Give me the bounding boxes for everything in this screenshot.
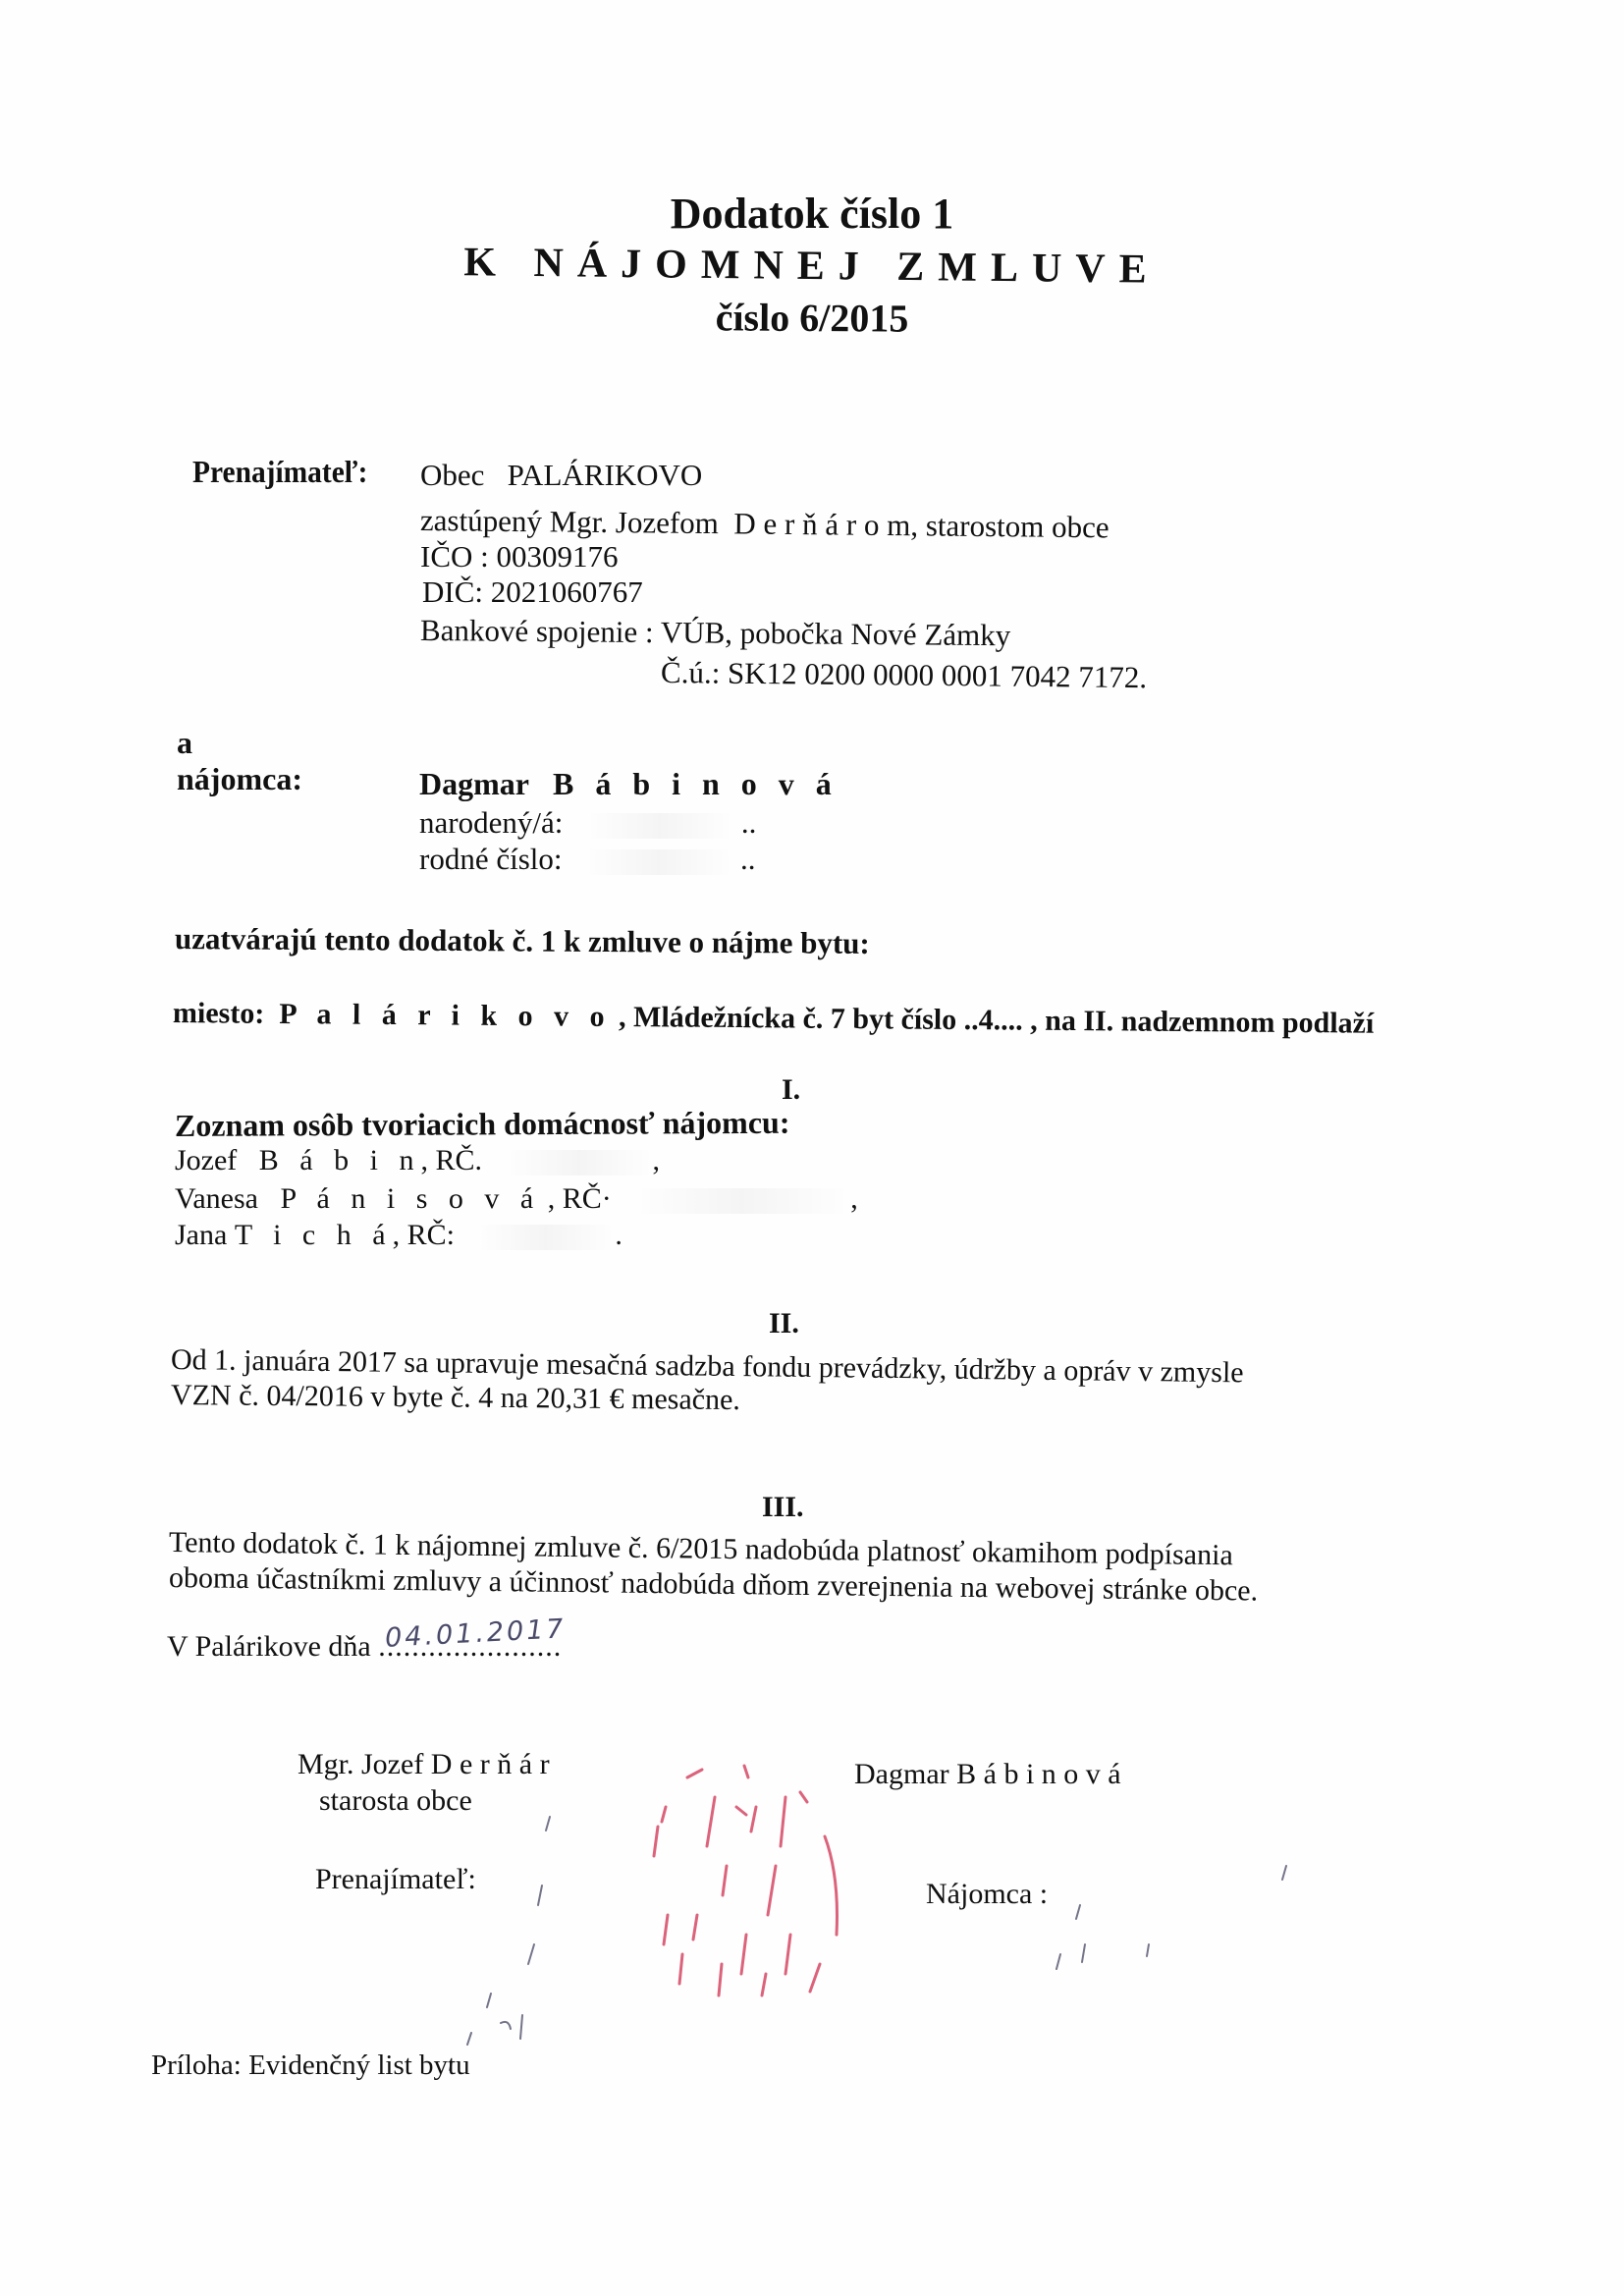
- landlord-name-line: Obec PALÁRIKOVO: [420, 458, 702, 493]
- attachment-note: Príloha: Evidenčný list bytu: [151, 2050, 470, 2082]
- tenant-signature-icon: [1041, 1846, 1316, 1994]
- document-page: Dodatok číslo 1 K NÁJOMNEJ ZMLUVE číslo …: [0, 0, 1624, 2296]
- landlord-name: PALÁRIKOVO: [508, 458, 703, 492]
- born-trailing: ..: [741, 805, 757, 840]
- person-surname: B á b i n: [259, 1144, 421, 1176]
- place-label: miesto:: [173, 997, 265, 1030]
- signatory-name-text: Mgr. Jozef D e r ň á r: [298, 1748, 550, 1780]
- landlord-signature-icon: [432, 1797, 609, 2072]
- section-2-line-2: VZN č. 04/2016 v byte č. 4 na 20,31 € me…: [171, 1379, 740, 1417]
- landlord-label: Prenajímateľ:: [192, 454, 367, 490]
- person-first-name: Jozef: [175, 1144, 237, 1176]
- person-first-name: Jana: [175, 1219, 227, 1251]
- place-town: P a l á r i k o v o: [279, 998, 612, 1033]
- section-1-number: I.: [782, 1073, 800, 1107]
- tenant-first-name: Dagmar: [419, 766, 529, 801]
- landlord-signatory-name: Mgr. Jozef D e r ň á r: [298, 1748, 550, 1781]
- landlord-account: Č.ú.: SK12 0200 0000 0001 7042 7172.: [661, 655, 1148, 695]
- landlord-bank: Bankové spojenie : VÚB, pobočka Nové Zám…: [420, 613, 1011, 653]
- place-address: , Mládežnícka č. 7 byt číslo ..4.... , n…: [619, 1001, 1374, 1040]
- landlord-dic: DIČ: 2021060767: [422, 574, 643, 610]
- official-stamp-icon: [628, 1738, 864, 2003]
- tenant-surname: B á b i n o v á: [553, 766, 839, 801]
- person-trailing: ,: [653, 1144, 661, 1176]
- representative-name: D e r ň á r o m,: [733, 506, 918, 542]
- person-trailing: ,: [850, 1182, 858, 1215]
- redacted-birth-date: [586, 813, 733, 839]
- birth-number-trailing: ..: [740, 842, 756, 876]
- person-surname: T i c h á: [235, 1219, 393, 1251]
- section-1-heading: Zoznam osôb tvoriacich domácnosť nájomcu…: [175, 1105, 790, 1144]
- redacted-rc: [477, 1225, 615, 1250]
- place-line: miesto: P a l á r i k o v o , Mládežníck…: [173, 997, 1375, 1041]
- born-label: narodený/á:: [419, 805, 563, 840]
- birth-number-label: rodné číslo:: [419, 842, 563, 876]
- place-date-label: V Palárikove dňa: [167, 1630, 371, 1663]
- section-2-number: II.: [769, 1307, 799, 1340]
- household-person: Jana T i c h á, RČ: .: [175, 1219, 623, 1252]
- landlord-ico: IČO : 00309176: [420, 539, 619, 574]
- tenant-name: Dagmar B á b i n o v á: [419, 766, 839, 802]
- person-rc-label: , RČ.: [420, 1144, 482, 1176]
- representative-prefix: zastúpený Mgr. Jozefom: [420, 503, 719, 540]
- redacted-birth-number: [585, 849, 732, 875]
- representative-suffix: starostom obce: [926, 508, 1110, 544]
- person-rc-label: , RČ:: [393, 1219, 455, 1251]
- person-rc-label: , RČ·: [540, 1182, 612, 1215]
- household-person: Jozef B á b i n, RČ. ,: [175, 1144, 660, 1177]
- conclude-statement: uzatvárajú tento dodatok č. 1 k zmluve o…: [175, 921, 870, 961]
- document-subtitle: K NÁJOMNEJ ZMLUVE: [0, 234, 1624, 298]
- person-first-name: Vanesa: [175, 1182, 258, 1215]
- tenant-label: nájomca:: [177, 761, 302, 797]
- tenant-born-line: narodený/á: ..: [419, 805, 756, 841]
- contract-number: číslo 6/2015: [0, 289, 1624, 347]
- person-surname: P á n i s o v á: [280, 1182, 540, 1215]
- landlord-name-prefix: Obec: [420, 458, 484, 492]
- tenant-birth-number-line: rodné číslo: ..: [419, 842, 756, 877]
- tenant-signature-label: Nájomca :: [926, 1878, 1048, 1911]
- tenant-signatory-name: Dagmar B á b i n o v á: [854, 1758, 1121, 1791]
- document-title: Dodatok číslo 1: [0, 189, 1624, 239]
- redacted-rc: [634, 1188, 850, 1214]
- household-person: Vanesa P á n i s o v á , RČ· ,: [175, 1182, 858, 1216]
- conjunction-and: a: [177, 725, 192, 761]
- section-3-number: III.: [762, 1491, 804, 1524]
- redacted-rc: [506, 1150, 653, 1175]
- person-trailing: .: [615, 1219, 623, 1251]
